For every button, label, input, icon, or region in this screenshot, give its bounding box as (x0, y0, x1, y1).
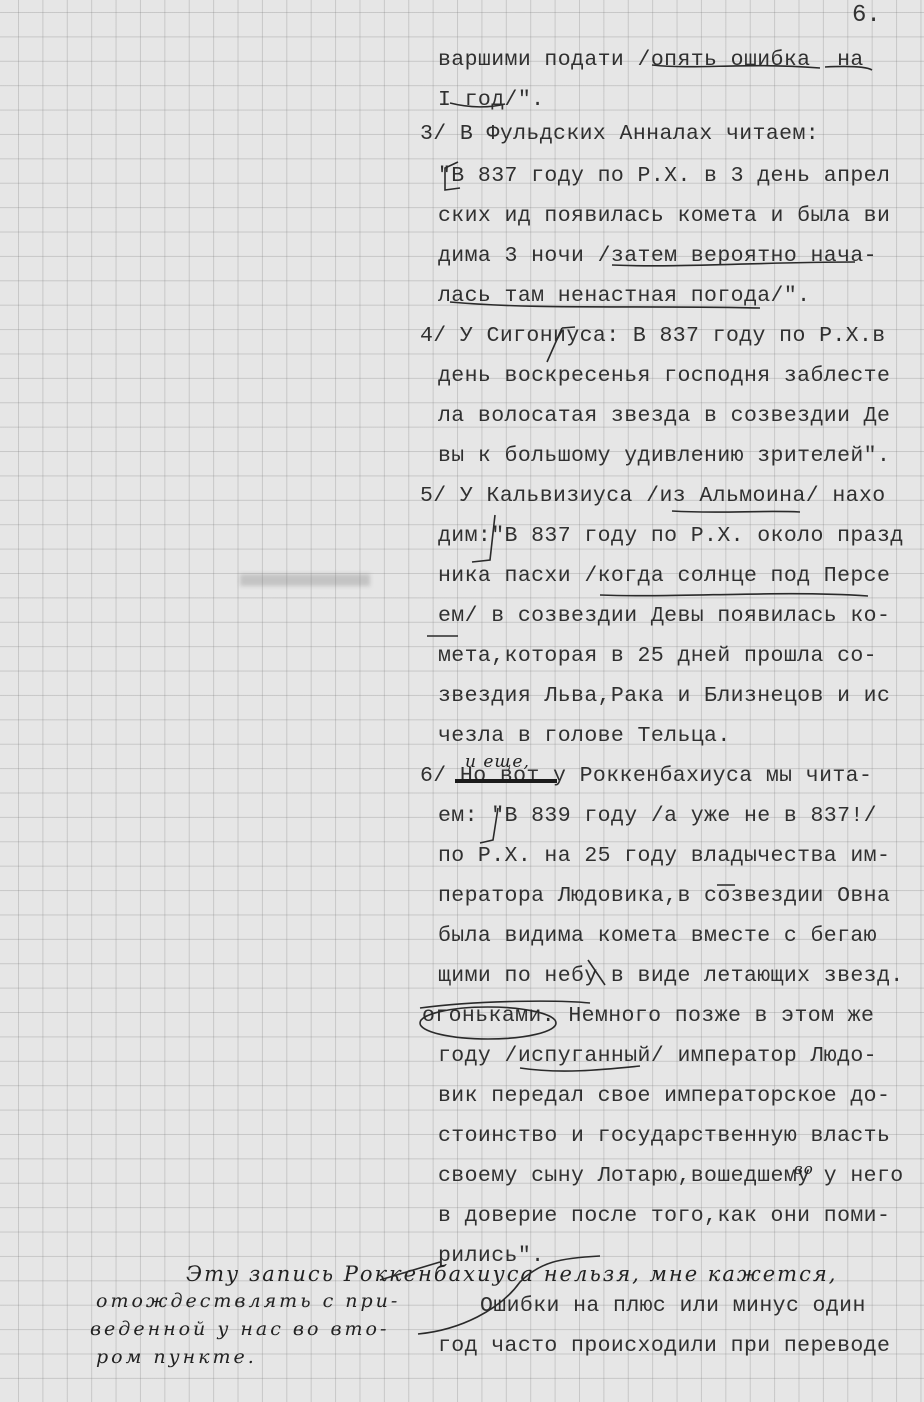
typed-line: Ошибки на плюс или минус один (480, 1292, 866, 1320)
typed-line: 3/ В Фульдских Анналах читаем: (420, 120, 819, 148)
handwritten-insertion: и еще, (465, 752, 530, 772)
handwritten-correction: во (794, 1160, 814, 1178)
typed-line: варшими подати /опять ошибка на (438, 46, 864, 74)
typed-line: 5/ У Кальвизиуса /из Альмоина/ нахо (420, 482, 886, 510)
bleed-through-smudge (240, 574, 370, 586)
typed-line: году /испуганный/ император Людо- (438, 1042, 877, 1070)
typed-line: огоньками. Немного позже в этом же (422, 1002, 874, 1030)
underline-almoin (672, 511, 800, 512)
typed-line: дима 3 ночи /затем вероятно нача- (438, 242, 877, 270)
margin-note-line-4: ром пункте. (96, 1346, 257, 1368)
typed-line: день воскресенья господня заблесте (438, 362, 890, 390)
typed-line: ператора Людовика,в созвездии Овна (438, 882, 890, 910)
underline-kogda (600, 594, 868, 596)
typed-line: 4/ У Сигониуса: В 837 году по Р.Х.в (420, 322, 886, 350)
typed-line: своему сыну Лотарю,вошедшему у него (438, 1162, 904, 1190)
typed-line: год часто происходили при переводе (438, 1332, 890, 1360)
typed-line: ских ид появилась комета и была ви (438, 202, 890, 230)
typed-line: чезла в голове Тельца. (438, 722, 731, 750)
page-number: 6. (852, 2, 881, 29)
typed-line: вы к большому удивлению зрителей". (438, 442, 890, 470)
typed-line: вик передал свое императорское до- (438, 1082, 890, 1110)
margin-note-line-3: веденной у нас во вто- (90, 1318, 389, 1340)
typed-line: по Р.Х. на 25 году владычества им- (438, 842, 890, 870)
margin-note-line-1: Эту запись Роккенбахиуса нельзя, мне каж… (186, 1262, 837, 1286)
typed-line: была видима комета вместе с бегаю (438, 922, 877, 950)
typed-line: мета,которая в 25 дней прошла со- (438, 642, 877, 670)
typed-line: "В 837 году по Р.Х. в 3 день апрел (438, 162, 890, 190)
typed-line: щими по небу в виде летающих звезд. (438, 962, 904, 990)
typed-line: звездия Льва,Рака и Близнецов и ис (438, 682, 890, 710)
margin-note-line-2: отождествлять с при- (96, 1290, 400, 1312)
typed-line: в доверие после того,как они поми- (438, 1202, 890, 1230)
typed-line: дим:"В 837 году по Р.Х. около празд (438, 522, 904, 550)
typed-line: ем/ в созвездии Девы появилась ко- (438, 602, 890, 630)
typed-line: I год/". (438, 86, 544, 114)
typed-line: ем: "В 839 году /а уже не в 837!/ (438, 802, 877, 830)
typed-line: лась там ненастная погода/". (438, 282, 810, 310)
typed-line: ника пасхи /когда солнце под Персе (438, 562, 890, 590)
typed-line: стоинство и государственную власть (438, 1122, 890, 1150)
typed-line: ла волосатая звезда в созвездии Де (438, 402, 890, 430)
